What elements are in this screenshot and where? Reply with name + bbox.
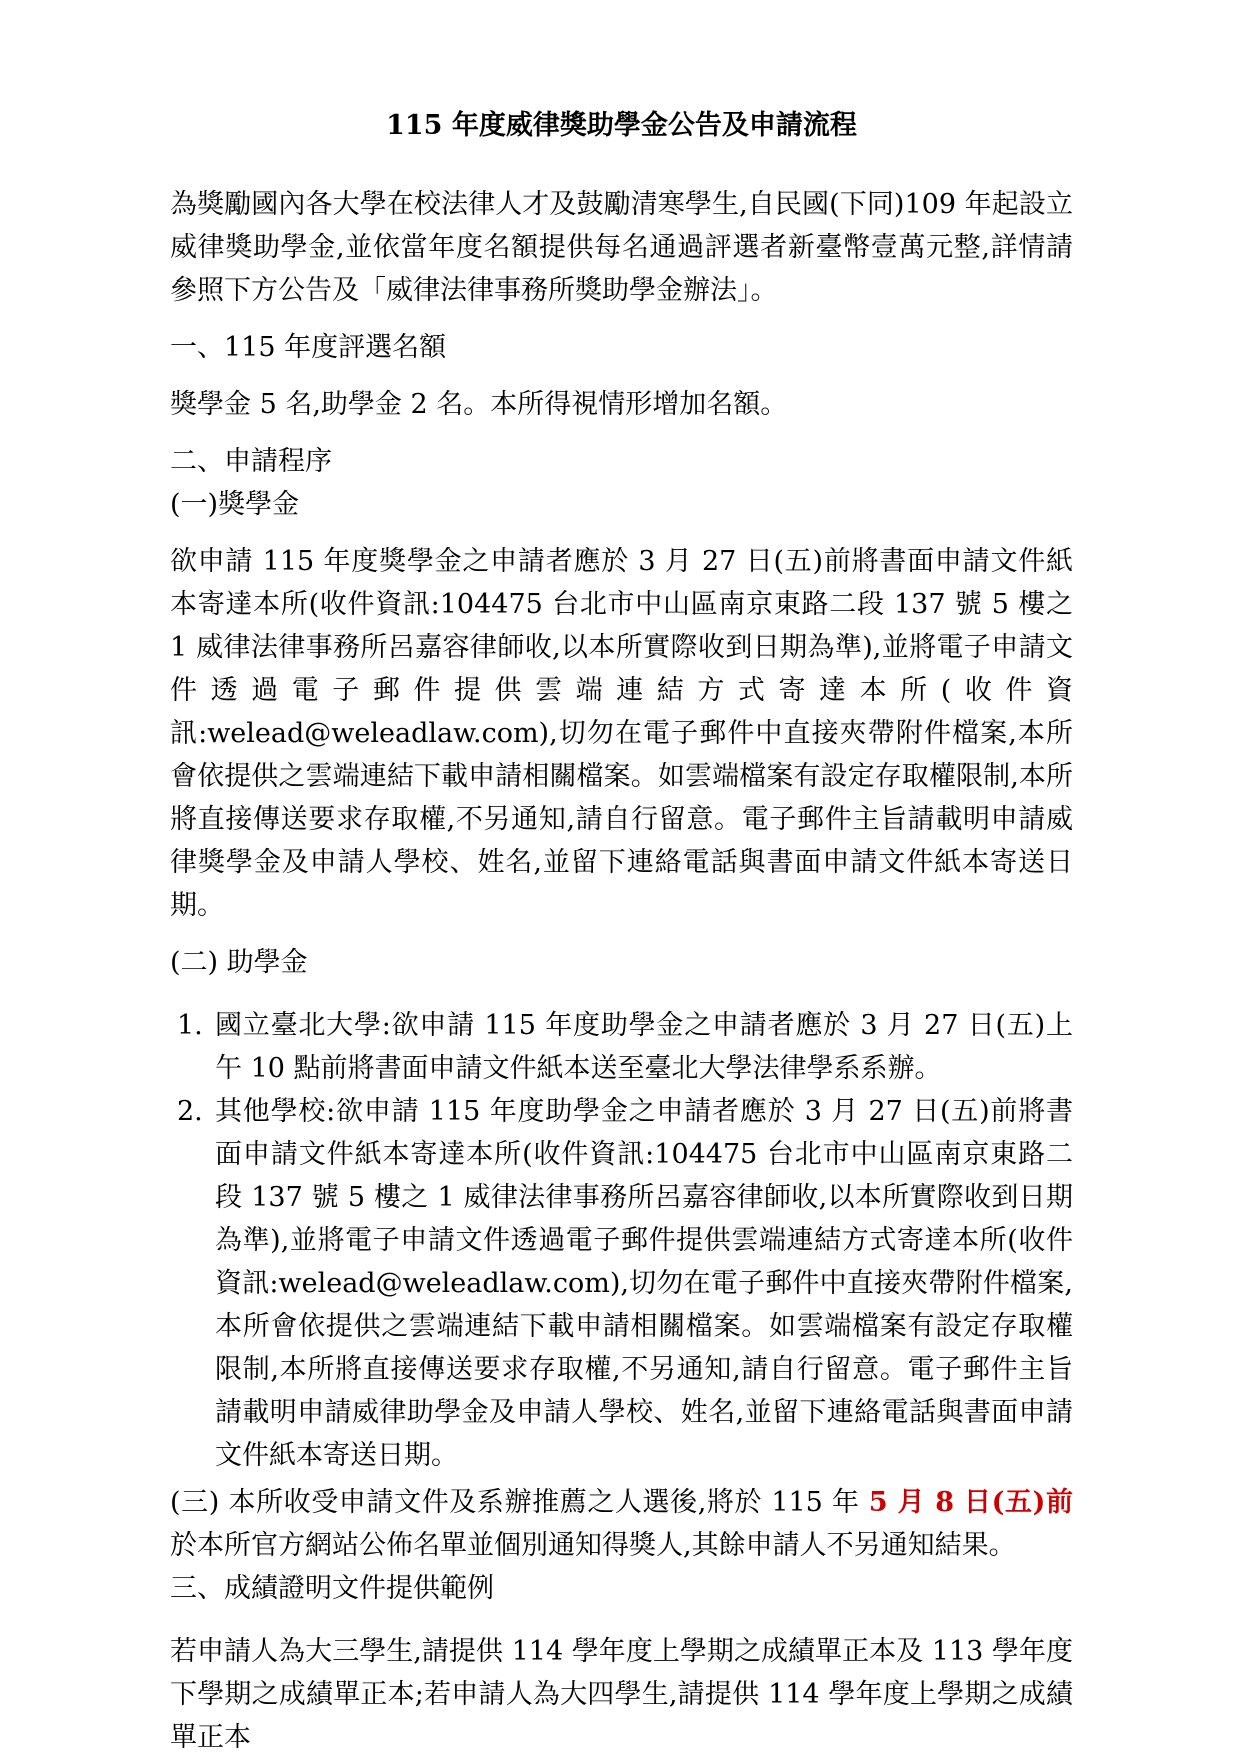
sub3-text-before: (三) 本所收受申請文件及系辦推薦之人選後,將於 115 年 <box>170 1487 869 1518</box>
section2-sub2-heading: (二) 助學金 <box>170 941 1073 984</box>
section1-heading: 一、115 年度評選名額 <box>170 326 1073 369</box>
list-item-marker: 1. <box>177 1004 203 1047</box>
list-item: 1. 國立臺北大學:欲申請 115 年度助學金之申請者應於 3 月 27 日(五… <box>170 1004 1073 1090</box>
sub3-text-after: 於本所官方網站公佈名單並個別通知得獎人,其餘申請人不另通知結果。 <box>170 1530 1016 1561</box>
deadline-highlight: 5 月 8 日(五)前 <box>869 1487 1073 1518</box>
section2-sub1-heading: (一)獎學金 <box>170 483 1073 526</box>
section3-body: 若申請人為大三學生,請提供 114 學年度上學期之成績單正本及 113 學年度下… <box>170 1630 1073 1755</box>
document-page: 115 年度威律獎助學金公告及申請流程 為獎勵國內各大學在校法律人才及鼓勵清寒學… <box>0 0 1241 1755</box>
section2-sub3-paragraph: (三) 本所收受申請文件及系辦推薦之人選後,將於 115 年 5 月 8 日(五… <box>170 1481 1073 1567</box>
list-item-text: 其他學校:欲申請 115 年度助學金之申請者應於 3 月 27 日(五)前將書面… <box>215 1096 1073 1471</box>
scholarship-procedure-paragraph: 欲申請 115 年度獎學金之申請者應於 3 月 27 日(五)前將書面申請文件紙… <box>170 540 1073 927</box>
bursary-procedure-list: 1. 國立臺北大學:欲申請 115 年度助學金之申請者應於 3 月 27 日(五… <box>170 1004 1073 1477</box>
intro-paragraph: 為獎勵國內各大學在校法律人才及鼓勵清寒學生,自民國(下同)109 年起設立威律獎… <box>170 183 1073 312</box>
list-item-text: 國立臺北大學:欲申請 115 年度助學金之申請者應於 3 月 27 日(五)上午… <box>215 1010 1073 1084</box>
section1-body: 獎學金 5 名,助學金 2 名。本所得視情形增加名額。 <box>170 383 1073 426</box>
section3-heading: 三、成績證明文件提供範例 <box>170 1567 1073 1610</box>
document-title: 115 年度威律獎助學金公告及申請流程 <box>170 104 1073 147</box>
section2-heading: 二、申請程序 <box>170 440 1073 483</box>
list-item: 2. 其他學校:欲申請 115 年度助學金之申請者應於 3 月 27 日(五)前… <box>170 1090 1073 1477</box>
list-item-marker: 2. <box>177 1090 203 1133</box>
section2-heading-block: 二、申請程序 (一)獎學金 <box>170 440 1073 526</box>
